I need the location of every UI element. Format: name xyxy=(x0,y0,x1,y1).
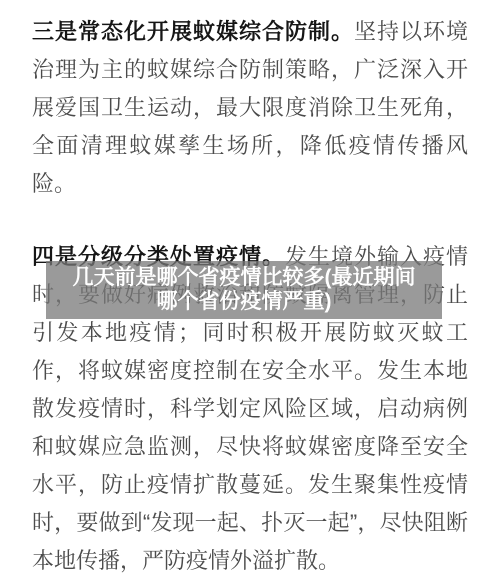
watermark-title-line: 几天前是哪个省疫情比较多(最近期间 xyxy=(73,266,416,290)
paragraph: 三是常态化开展蚊媒综合防制。坚持以环境治理为主的蚊媒综合防制策略，广泛深入开展爱… xyxy=(32,13,468,203)
paragraph-text: 坚持以环境治理为主的蚊媒综合防制策略，广泛深入开展爱国卫生运动，最大限度消除卫生… xyxy=(32,19,468,196)
paragraph-lead: 三是常态化开展蚊媒综合防制。 xyxy=(32,19,354,44)
title-watermark-overlay: 几天前是哪个省疫情比较多(最近期间 哪个省份疫情严重) xyxy=(46,261,442,319)
watermark-title-line: 哪个省份疫情严重) xyxy=(157,290,332,314)
article-page: 三是常态化开展蚊媒综合防制。坚持以环境治理为主的蚊媒综合防制策略，广泛深入开展爱… xyxy=(0,0,500,580)
